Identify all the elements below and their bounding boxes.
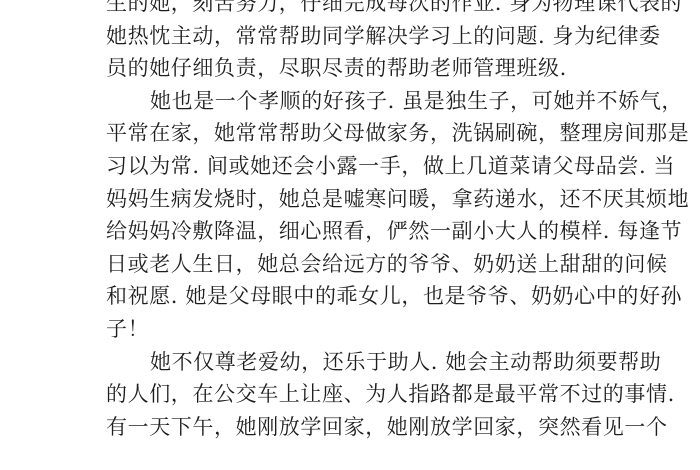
- text-line: 员的她仔细负责，尽职尽责的帮助老师管理班级.: [106, 52, 596, 85]
- paragraph-studious: 生的她，刻苦努力，仔细完成每次的作业. 身为物理课代表的 她热忱主动，常常帮助同…: [106, 0, 596, 85]
- document-body: 生的她，刻苦努力，仔细完成每次的作业. 身为物理课代表的 她热忱主动，常常帮助同…: [106, 0, 596, 443]
- text-line: 她热忱主动，常常帮助同学解决学习上的问题. 身为纪律委: [106, 20, 596, 53]
- text-line: 给妈妈冷敷降温，细心照看，俨然一副小大人的模样. 每逢节: [106, 215, 596, 248]
- text-line: 日或老人生日，她总会给远方的爷爷、奶奶送上甜甜的问候: [106, 248, 596, 281]
- text-line: 子！: [106, 313, 596, 346]
- text-line: 的人们，在公交车上让座、为人指路都是最平常不过的事情.: [106, 378, 596, 411]
- text-line: 她不仅尊老爱幼，还乐于助人. 她会主动帮助须要帮助: [106, 346, 596, 379]
- text-line: 她也是一个孝顺的好孩子. 虽是独生子，可她并不娇气，: [106, 85, 596, 118]
- text-line: 和祝愿. 她是父母眼中的乖女儿，也是爷爷、奶奶心中的好孙: [106, 280, 596, 313]
- document-page: 生的她，刻苦努力，仔细完成每次的作业. 身为物理课代表的 她热忱主动，常常帮助同…: [0, 0, 700, 470]
- text-line: 生的她，刻苦努力，仔细完成每次的作业. 身为物理课代表的: [106, 0, 596, 20]
- text-line: 平常在家，她常常帮助父母做家务，洗锅刷碗，整理房间那是: [106, 117, 596, 150]
- text-line: 有一天下午，她刚放学回家，她刚放学回家，突然看见一个: [106, 411, 596, 444]
- paragraph-filial: 她也是一个孝顺的好孩子. 虽是独生子，可她并不娇气， 平常在家，她常常帮助父母做…: [106, 85, 596, 346]
- text-line: 习以为常. 间或她还会小露一手，做上几道菜请父母品尝. 当: [106, 150, 596, 183]
- text-line: 妈妈生病发烧时，她总是嘘寒问暖，拿药递水，还不厌其烦地: [106, 183, 596, 216]
- paragraph-helpful: 她不仅尊老爱幼，还乐于助人. 她会主动帮助须要帮助 的人们，在公交车上让座、为人…: [106, 346, 596, 444]
